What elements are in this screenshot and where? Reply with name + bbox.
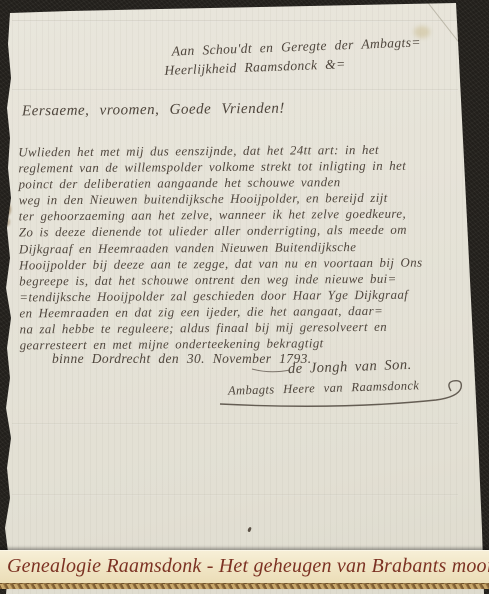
scanned-letter-photo: Aan Schou'dt en Geregte der Ambagts= Hee… [0,0,489,594]
rope-border [0,583,489,589]
signature-flourish-icon [0,0,489,594]
watermark-text: Genealogie Raamsdonk - Het geheugen van … [0,551,489,582]
letter-paper: Aan Schou'dt en Geregte der Ambagts= Hee… [0,0,489,594]
watermark-banner: Genealogie Raamsdonk - Het geheugen van … [0,550,489,589]
